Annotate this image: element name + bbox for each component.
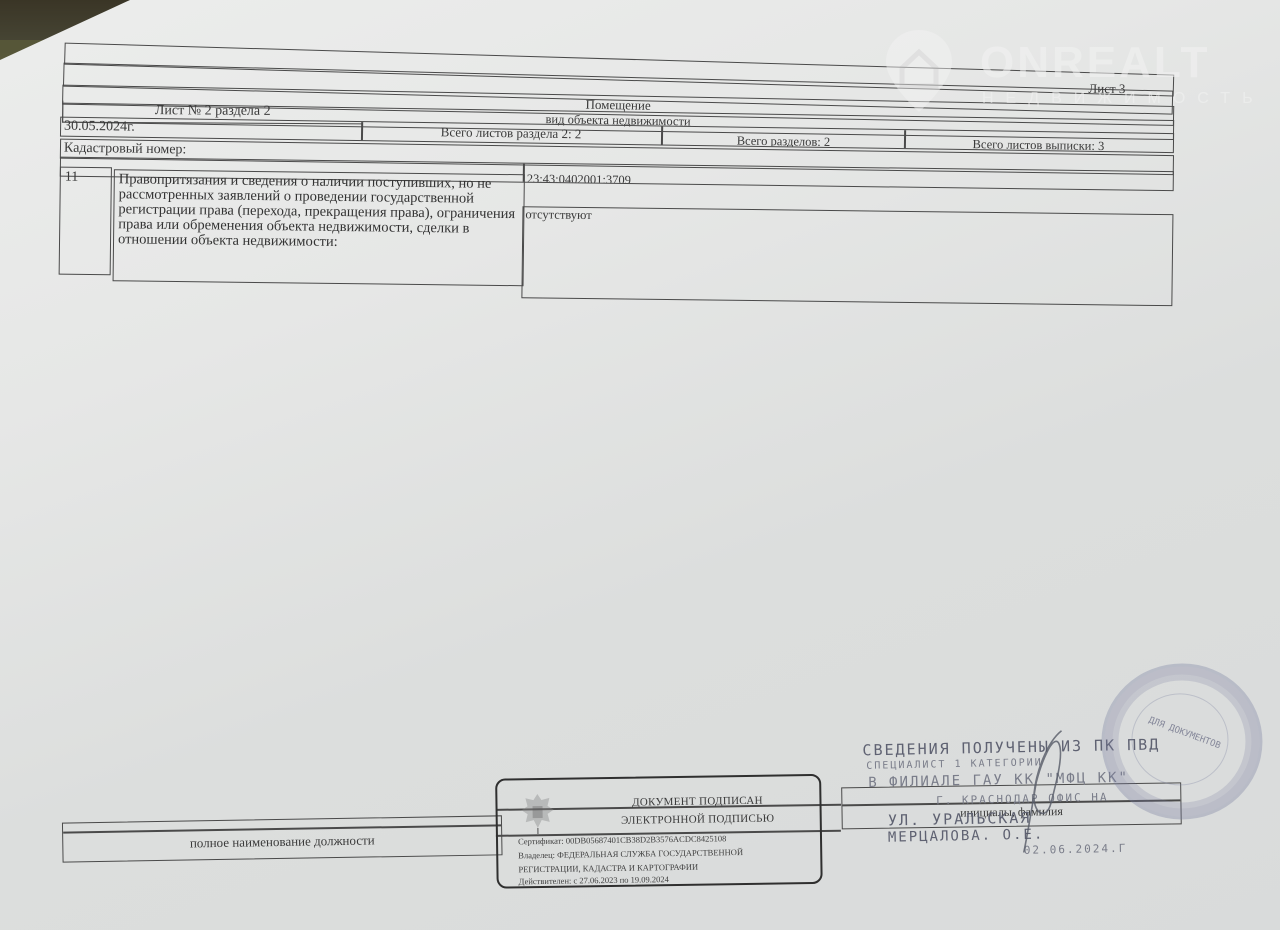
row-number: 11 (65, 170, 79, 185)
row-value: отсутствуют (525, 207, 592, 223)
section-divider-2 (661, 126, 663, 146)
electronic-signature-box: ДОКУМЕНТ ПОДПИСАН ЭЛЕКТРОННОЙ ПОДПИСЬЮ С… (495, 774, 823, 889)
certificate-validity: Действителен: с 27.06.2023 по 19.09.2024 (519, 874, 669, 886)
total-sheets-section: Всего листов раздела 2: 2 (361, 123, 661, 142)
certificate-owner-2: РЕГИСТРАЦИИ, КАДАСТРА И КАРТОГРАФИИ (518, 862, 698, 875)
row-label-cell: Правопритязания и сведения о наличии пос… (113, 169, 525, 286)
row-number-cell: 11 (59, 167, 112, 276)
coat-of-arms-icon (517, 790, 558, 835)
position-caption: полное наименование должности (63, 830, 501, 852)
signature-title-2: ЭЛЕКТРОННОЙ ПОДПИСЬЮ (578, 812, 818, 828)
certificate-number: Сертификат: 00DB05687401CB38D2B3576ACDC8… (518, 833, 726, 846)
extract-date: 30.05.2024г. (64, 119, 135, 135)
row-value-cell: отсутствуют (521, 206, 1173, 306)
total-sheets-extract: Всего листов выписки: 3 (906, 136, 1171, 153)
signature-title-1: ДОКУМЕНТ ПОДПИСАН (577, 794, 817, 810)
document-content: Лист 3 Помещение вид объекта недвижимост… (0, 0, 1280, 910)
row-label: Правопритязания и сведения о наличии пос… (118, 171, 515, 250)
table-row: 11 Правопритязания и сведения о наличии … (58, 167, 1173, 309)
position-signature-table: полное наименование должности (62, 815, 503, 862)
handwritten-signature-icon (1006, 722, 1077, 862)
sheet-label: Лист 3 (1088, 81, 1125, 97)
cadastral-label: Кадастровый номер: (64, 141, 187, 158)
certificate-owner-1: Владелец: ФЕДЕРАЛЬНАЯ СЛУЖБА ГОСУДАРСТВЕ… (518, 847, 743, 860)
